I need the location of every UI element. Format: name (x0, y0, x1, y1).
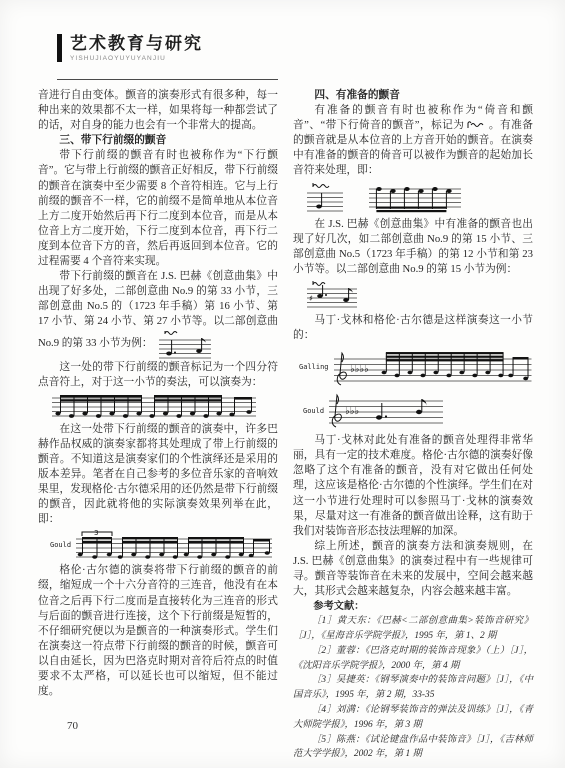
reference-item: ［4］刘满：《论钢琴装饰音的弹法及训练》［J］，《青大师院学报》，1996 年，… (293, 703, 533, 733)
music-notation-strip-icon (50, 392, 258, 420)
music-snippet-bar15-icon: ♯ (305, 279, 359, 311)
music-notation-gould2-icon: ♭♭♭ (327, 391, 445, 431)
music-figure-galling: Galling ♭♭♭♭ (299, 345, 533, 389)
sharp-sign: ♯ (309, 294, 313, 303)
reference-item: ［3］吴捷英：《钢琴演奏中的装饰音问题》［J］，《中国音乐》，1995 年，第 … (293, 673, 533, 703)
article-body: 音进行自由变体。颤音的演奏形式有很多种，每一种出来的效果都不太一样，如果将每一种… (38, 88, 534, 762)
music-example-bar33-icon (155, 330, 213, 360)
music-notation-gould-icon: 3 (74, 529, 274, 561)
header-rule (57, 79, 278, 80)
music-figure-prepared-trill (305, 181, 533, 215)
performer-label: Gould (303, 404, 324, 419)
music-figure-gould-right: Gould ♭♭♭ (303, 391, 533, 431)
journal-header: 艺术教育与研究 YISHUJIAOYUYUYANJIU (57, 34, 203, 62)
performer-label: Gould (50, 538, 71, 553)
references-heading: 参考文献： (293, 599, 533, 614)
performer-label: Galling (299, 360, 329, 375)
body-paragraph: 这一处的带下行前缀的颤音标记为一个四分符点音符上，对于这一小节的奏法，可以演奏为… (38, 360, 278, 390)
page-number: 70 (67, 720, 78, 732)
reference-item: ［2］董蓉：《巴洛克时期的装饰音现象》（上）［J］，《沈阳音乐学院学报》，200… (293, 644, 533, 674)
body-paragraph: 带下行前缀的颤音在 J.S. 巴赫《创意曲集》中出现了好多处，二部创意曲 No.… (38, 269, 278, 359)
flat-signs: ♭♭♭♭ (349, 364, 368, 375)
body-paragraph: 音进行自由变体。颤音的演奏形式有很多种，每一种出来的效果都不太一样，如果将每一种… (38, 88, 278, 133)
music-snippet-appoggiatura-icon (305, 181, 345, 215)
left-column: 音进行自由变体。颤音的演奏形式有很多种，每一种出来的效果都不太一样，如果将每一种… (38, 88, 278, 762)
reference-item: ［5］陈燕：《试论键盘作品中装饰音》［J］，《吉林师范大学学报》，2002 年，… (293, 733, 533, 763)
trill-ornament-icon (466, 120, 486, 129)
right-column: 四、有准备的颤音 有准备的颤音有时也被称作为“倚音和颤音”、“带下行倚音的颤音”… (293, 88, 533, 762)
journal-title-pinyin: YISHUJIAOYUYUYANJIU (70, 55, 203, 62)
music-figure-realization (50, 392, 278, 420)
body-paragraph: 综上所述，颤音的演奏方法和演奏规则，在 J.S. 巴赫《创意曲集》的演奏过程中有… (293, 539, 533, 599)
music-figure-gould-left: Gould 3 (50, 529, 278, 561)
journal-title: 艺术教育与研究 (70, 34, 203, 54)
body-paragraph: 在 J.S. 巴赫《创意曲集》中有准备的颤音也出现了好几次，如二部创意曲 No.… (293, 217, 533, 277)
header-accent-bar (57, 34, 62, 62)
body-paragraph: 格伦·古尔德的演奏将带下行前缀的颤音的前缀，缩短成一个十六分音符的三连音，他没有… (38, 563, 278, 699)
body-paragraph: 在这一处带下行前缀的颤音的演奏中，许多巴赫作品权威的演奏家都将其处理成了带上行前… (38, 422, 278, 528)
references-section: 参考文献： ［1］黄天东：《巴赫<二部创意曲集>装饰音研究》［J］，《星海音乐学… (293, 599, 533, 762)
body-paragraph: 马丁·戈林和格伦·古尔德是这样演奏这一小节的： (293, 313, 533, 343)
section-heading-3: 三、带下行前缀的颤音 (38, 133, 278, 148)
music-snippet-written-out-icon (367, 181, 463, 215)
body-paragraph: 带下行前缀的颤音有时也被称作为“下行颤音”。它与带上行前缀的颤音正好相反，带下行… (38, 148, 278, 269)
body-paragraph: 马丁·戈林对此处有准备的颤音处理得非常华丽，具有一定的技术难度。格伦·古尔德的演… (293, 433, 533, 539)
body-paragraph: 有准备的颤音有时也被称作为“倚音和颤音”、“带下行倚音的颤音”，标记为。有准备的… (293, 103, 533, 178)
music-figure-bar15: ♯ (305, 279, 533, 311)
triplet-number: 3 (94, 529, 98, 537)
music-notation-galling-icon: ♭♭♭♭ (332, 345, 533, 389)
header-text-block: 艺术教育与研究 YISHUJIAOYUYUYANJIU (70, 34, 203, 62)
section-heading-4: 四、有准备的颤音 (293, 88, 533, 103)
reference-item: ［1］黄天东：《巴赫<二部创意曲集>装饰音研究》［J］，《星海音乐学院学报》，1… (293, 614, 533, 644)
flat-signs: ♭♭♭ (345, 406, 359, 417)
journal-page: 艺术教育与研究 YISHUJIAOYUYUYANJIU 音进行自由变体。颤音的演… (0, 0, 565, 768)
